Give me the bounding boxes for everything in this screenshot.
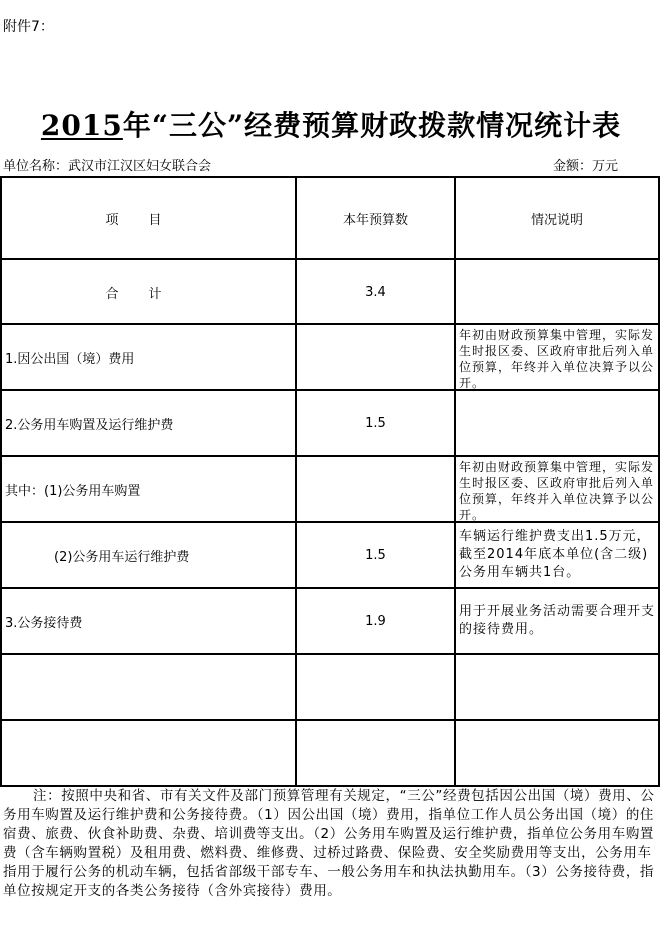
- row-item: 2.公务用车购置及运行维护费: [0, 389, 295, 455]
- row-note: [454, 719, 660, 785]
- row-note: 用于开展业务活动需要合理开支的接待费用。: [454, 587, 660, 653]
- attachment-label: 附件7：: [3, 16, 54, 36]
- row-budget: 1.5: [295, 389, 454, 455]
- table-row: 2.公务用车购置及运行维护费 1.5: [0, 389, 660, 455]
- table-row: 3.公务接待费 1.9 用于开展业务活动需要合理开支的接待费用。: [0, 587, 660, 653]
- row-note: [454, 258, 660, 324]
- row-item: [0, 653, 295, 719]
- row-note: 年初由财政预算集中管理，实际发生时报区委、区政府审批后列入单位预算，年终并入单位…: [454, 323, 660, 389]
- row-note: [454, 389, 660, 455]
- title-year: 2015: [41, 109, 123, 142]
- amount-unit: 金额：万元: [553, 155, 618, 174]
- title-text: 年“三公”经费预算财政拨款情况统计表: [123, 109, 621, 142]
- row-item: 1.因公出国（境）费用: [0, 323, 295, 389]
- row-item: 3.公务接待费: [0, 587, 295, 653]
- row-item: (2)公务用车运行维护费: [0, 521, 295, 587]
- footnote: 注：按照中央和省、市有关文件及部门预算管理有关规定，“三公”经费包括因公出国（境…: [3, 787, 659, 901]
- row-budget: 1.9: [295, 587, 454, 653]
- row-budget: [295, 653, 454, 719]
- table-row-total: 合计 3.4: [0, 258, 660, 324]
- row-note: 车辆运行维护费支出1.5万元，截至2014年底本单位(含二级)公务用车辆共1台。: [454, 521, 660, 587]
- unit-name: 单位名称：武汉市江汉区妇女联合会: [3, 155, 211, 174]
- row-budget: 1.5: [295, 521, 454, 587]
- table-header-row: 项目 本年预算数 情况说明: [0, 176, 660, 258]
- row-budget: [295, 719, 454, 785]
- table-row-empty: [0, 719, 660, 785]
- row-budget: [295, 455, 454, 521]
- row-item: 合计: [0, 258, 295, 324]
- row-budget: [295, 323, 454, 389]
- row-item: 其中：(1)公务用车购置: [0, 455, 295, 521]
- row-item: [0, 719, 295, 785]
- table-row: 1.因公出国（境）费用 年初由财政预算集中管理，实际发生时报区委、区政府审批后列…: [0, 323, 660, 389]
- header-budget: 本年预算数: [295, 176, 454, 258]
- row-note: [454, 653, 660, 719]
- table-row: (2)公务用车运行维护费 1.5 车辆运行维护费支出1.5万元，截至2014年底…: [0, 521, 660, 587]
- row-note: 年初由财政预算集中管理，实际发生时报区委、区政府审批后列入单位预算，年终并入单位…: [454, 455, 660, 521]
- header-note: 情况说明: [454, 176, 660, 258]
- table-row: 其中：(1)公务用车购置 年初由财政预算集中管理，实际发生时报区委、区政府审批后…: [0, 455, 660, 521]
- table-row-empty: [0, 653, 660, 719]
- page-title: 2015年“三公”经费预算财政拨款情况统计表: [0, 104, 662, 144]
- footnote-text: 注：按照中央和省、市有关文件及部门预算管理有关规定，“三公”经费包括因公出国（境…: [3, 788, 655, 899]
- header-item: 项目: [0, 176, 295, 258]
- row-budget: 3.4: [295, 258, 454, 324]
